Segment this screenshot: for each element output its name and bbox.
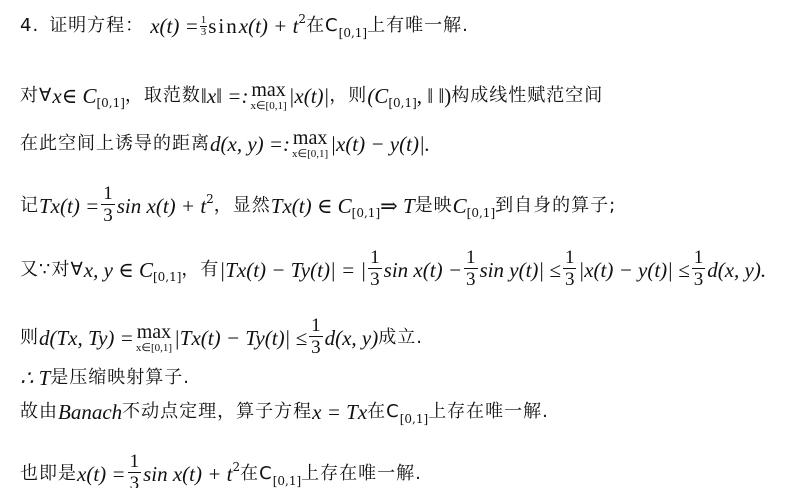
contraction-inequality: 又∵对∀ x, y ∈ C[0,1] ，有 |Tx(t) − Ty(t)| = … [20, 248, 766, 291]
fraction: 13 [692, 248, 706, 291]
math-expr: d(x, y). [707, 258, 766, 282]
operator-definition: 记 Tx(t) = 13 sin x(t) + t2 ，显然 Tx(t) ∈ C… [20, 184, 616, 227]
text: 对∀ [20, 84, 52, 108]
fraction: 13 [563, 248, 577, 291]
math-expr: sin y(t)| ≤ [480, 258, 561, 282]
distance-definition: 在此空间上诱导的距离 d(x, y) =: maxx∈[0,1] |x(t) −… [20, 128, 430, 160]
math-expr: d(x, y) =: [210, 132, 290, 156]
math-var: C [453, 194, 467, 218]
math-expr: d(x, y) [325, 326, 379, 350]
max-operator: maxx∈[0,1] [250, 80, 286, 112]
subscript: [0,1] [467, 201, 495, 225]
text: 也即是 [20, 462, 77, 486]
fraction: 13 [128, 452, 142, 488]
max-operator: maxx∈[0,1] [292, 128, 328, 160]
text: 不动点定理，算子方程 [122, 400, 312, 424]
math-expr: d(Tx, Ty) = [39, 326, 134, 350]
text: 到自身的算子; [495, 194, 616, 218]
math-expr: Tx(t) = [39, 194, 99, 218]
math-expr: x, y ∈ C [84, 258, 153, 282]
math-expr: sin x(t) − [384, 258, 462, 282]
fraction-one-third: 13 [200, 15, 208, 38]
exponent: 2 [232, 455, 240, 479]
math-expr: |x(t)| [289, 84, 330, 108]
subscript: [0,1] [388, 91, 416, 115]
text: 是压缩映射算子. [50, 366, 190, 390]
text: 在此空间上诱导的距离 [20, 132, 210, 156]
text: 记 [20, 194, 39, 218]
math-expr: |x(t) − y(t)|. [330, 132, 430, 156]
problem-number: 4. [20, 14, 39, 38]
math-expr: |Tx(t) − Ty(t)| = | [219, 258, 366, 282]
text: ，显然 [214, 194, 271, 218]
conclusion-contraction: ∴ T 是压缩映射算子. [20, 366, 190, 390]
max-operator: maxx∈[0,1] [136, 322, 172, 354]
fraction: 13 [309, 316, 323, 359]
fraction-one-third: 13 [101, 184, 115, 227]
math-expr: x(t) = [77, 462, 126, 486]
sin-function: sin [208, 14, 239, 38]
text: ，取范数 [125, 84, 201, 108]
norm-definition: 对∀ x ∈ C[0,1] ，取范数 ‖x‖ =: maxx∈[0,1] |x(… [20, 80, 603, 112]
math-expr: ∴ T [20, 366, 50, 390]
math-expr: Tx(t) ∈ C [271, 194, 352, 218]
text: 上存在唯一解. [428, 400, 549, 424]
text: ，有 [181, 258, 219, 282]
subscript: [0,1] [153, 265, 181, 289]
text: ，则 [329, 84, 367, 108]
math-expr: |x(t) − y(t)| ≤ [578, 258, 689, 282]
end-text: 上有唯一解. [367, 14, 469, 38]
text: 在C [367, 400, 400, 424]
text: 又∵对∀ [20, 258, 84, 282]
math-expr: , ‖ ‖) [417, 84, 452, 108]
subscript: [0,1] [273, 469, 301, 488]
math-expr: |Tx(t) − Ty(t)| ≤ [174, 326, 307, 350]
eq-lhs: x(t) = [150, 14, 199, 38]
fraction: 13 [464, 248, 478, 291]
text: 则 [20, 326, 39, 350]
subscript: [0,1] [352, 201, 380, 225]
text: 故由 [20, 400, 58, 424]
distance-inequality: 则 d(Tx, Ty) = maxx∈[0,1] |Tx(t) − Ty(t)|… [20, 316, 423, 359]
math-expr: ‖x‖ =: [201, 84, 249, 108]
problem-label: 证明方程： [49, 14, 144, 38]
math-expr: sin x(t) + t [143, 462, 232, 486]
text: 上存在唯一解. [301, 462, 422, 486]
space-subscript: [0,1] [339, 21, 367, 45]
text: 成立. [378, 326, 423, 350]
math-expr: (C [367, 84, 388, 108]
text: 在C [240, 462, 273, 486]
math-expr: ⇒ T [380, 194, 415, 218]
subscript: [0,1] [96, 91, 124, 115]
theorem-name: Banach [58, 400, 122, 424]
subscript: [0,1] [400, 407, 428, 431]
math-var: x [52, 84, 61, 108]
eq-rest: x(t) + t [239, 14, 299, 38]
text: 构成线性赋范空间 [451, 84, 603, 108]
problem-statement: 4. 证明方程： x(t) = 13 sin x(t) + t2 在C[0,1]… [20, 14, 469, 38]
math-expr: x = Tx [312, 400, 367, 424]
math-expr: ∈ C [62, 84, 97, 108]
exponent: 2 [298, 7, 306, 31]
math-expr: sin x(t) + t [117, 194, 206, 218]
text: 是映 [415, 194, 453, 218]
exponent: 2 [206, 187, 214, 211]
banach-conclusion: 故由 Banach 不动点定理，算子方程 x = Tx 在C[0,1] 上存在唯… [20, 400, 549, 424]
final-conclusion: 也即是 x(t) = 13 sin x(t) + t2 在C[0,1] 上存在唯… [20, 452, 422, 488]
in-space-text: 在C [306, 14, 339, 38]
fraction: 13 [368, 248, 382, 291]
